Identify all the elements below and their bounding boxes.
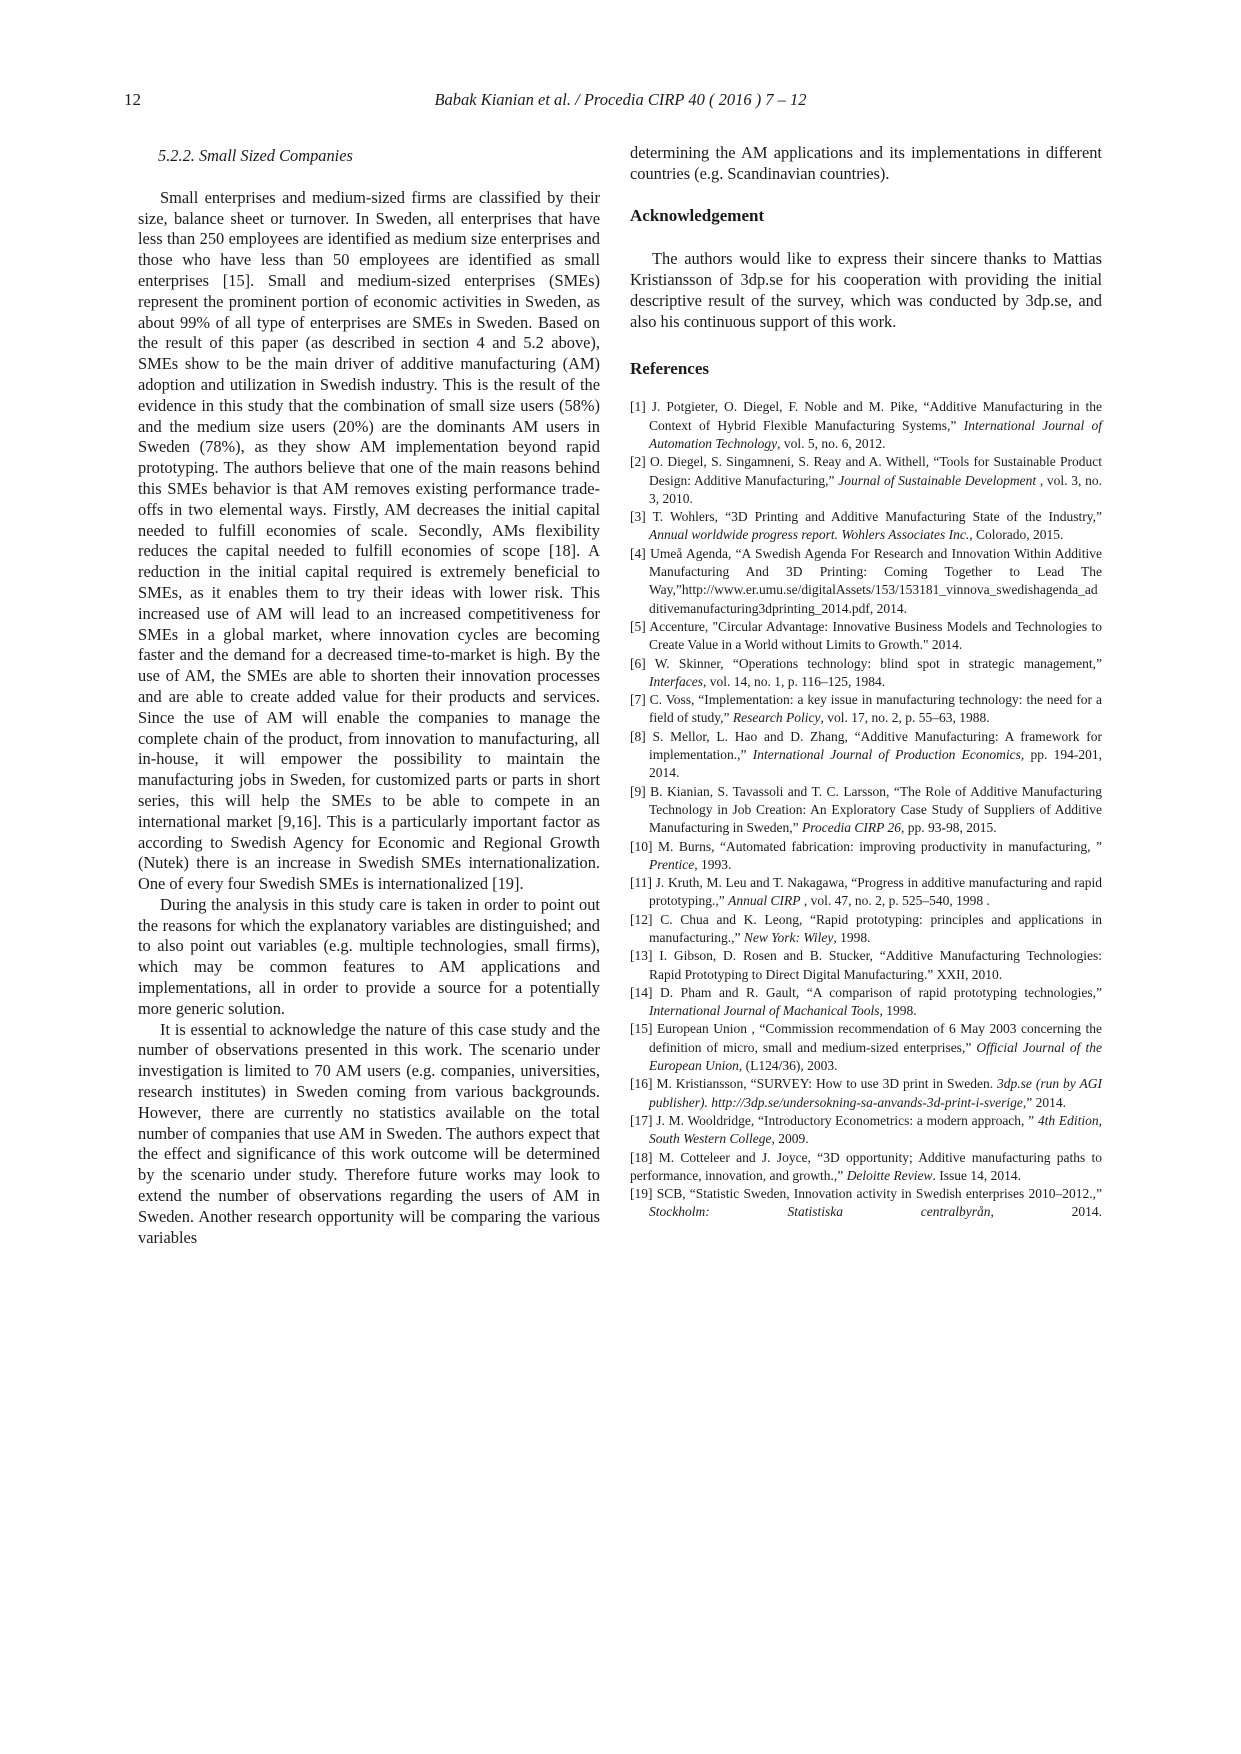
references-heading: References — [630, 359, 1102, 380]
reference-italic-text: Prentice — [649, 857, 694, 872]
reference-item: [1] J. Potgieter, O. Diegel, F. Noble an… — [630, 398, 1102, 453]
continuation-paragraph: determining the AM applications and its … — [630, 143, 1102, 185]
reference-item: [12] C. Chua and K. Leong, “Rapid protot… — [630, 911, 1102, 948]
reference-text: , 1993. — [694, 857, 731, 872]
left-column: 5.2.2. Small Sized Companies Small enter… — [138, 146, 600, 1248]
acknowledgement-text: The authors would like to express their … — [630, 249, 1102, 332]
reference-text: , (L124/36), 2003. — [739, 1058, 838, 1073]
reference-text: , vol. 17, no. 2, p. 55–63, 1988. — [820, 710, 989, 725]
reference-item: [7] C. Voss, “Implementation: a key issu… — [630, 691, 1102, 728]
reference-text: Umeå Agenda, “A Swedish Agenda For Resea… — [649, 546, 1102, 616]
reference-label: [16] — [630, 1076, 656, 1091]
reference-item: [16] M. Kristiansson, “SURVEY: How to us… — [630, 1075, 1102, 1112]
reference-item: [18] M. Cotteleer and J. Joyce, “3D oppo… — [630, 1149, 1102, 1186]
reference-item: [13] I. Gibson, D. Rosen and B. Stucker,… — [630, 947, 1102, 984]
reference-italic-text: International Journal of Machanical Tool… — [649, 1003, 880, 1018]
body-paragraph-2: During the analysis in this study care i… — [138, 895, 600, 1020]
right-column: determining the AM applications and its … — [630, 143, 1102, 1222]
reference-text: T. Wohlers, “3D Printing and Additive Ma… — [653, 509, 1102, 524]
reference-italic-text: Annual worldwide progress report. Wohler… — [649, 527, 973, 542]
reference-text: , 1998. — [880, 1003, 917, 1018]
reference-text: , vol. 47, no. 2, p. 525–540, 1998 . — [801, 893, 990, 908]
reference-label: [10] — [630, 839, 658, 854]
reference-label: [15] — [630, 1021, 657, 1036]
reference-text: Accenture, "Circular Advantage: Innovati… — [649, 619, 1102, 652]
reference-item: [2] O. Diegel, S. Singamneni, S. Reay an… — [630, 453, 1102, 508]
reference-text: I. Gibson, D. Rosen and B. Stucker, “Add… — [649, 948, 1102, 981]
reference-text: , 2014. — [991, 1204, 1103, 1219]
reference-label: [12] — [630, 912, 660, 927]
reference-text: , vol. 5, no. 6, 2012. — [777, 436, 885, 451]
reference-label: [5] — [630, 619, 649, 634]
reference-label: [14] — [630, 985, 660, 1000]
reference-label: [13] — [630, 948, 659, 963]
reference-text: M. Kristiansson, “SURVEY: How to use 3D … — [656, 1076, 997, 1091]
reference-label: [11] — [630, 875, 656, 890]
body-paragraph-3: It is essential to acknowledge the natur… — [138, 1020, 600, 1249]
reference-label: [8] — [630, 729, 652, 744]
reference-italic-text: Journal of Sustainable Development — [838, 473, 1036, 488]
reference-label: [2] — [630, 454, 650, 469]
reference-text: , pp. 93-98, 2015. — [901, 820, 997, 835]
reference-item: [15] European Union , “Commission recomm… — [630, 1020, 1102, 1075]
reference-item: [3] T. Wohlers, “3D Printing and Additiv… — [630, 508, 1102, 545]
section-heading: 5.2.2. Small Sized Companies — [138, 146, 600, 167]
reference-text: C. Chua and K. Leong, “Rapid prototyping… — [649, 912, 1102, 945]
reference-item: [17] J. M. Wooldridge, “Introductory Eco… — [630, 1112, 1102, 1149]
reference-item: [11] J. Kruth, M. Leu and T. Nakagawa, “… — [630, 874, 1102, 911]
reference-text: , 1998. — [833, 930, 870, 945]
reference-label: [18] — [630, 1150, 659, 1165]
reference-item: [6] W. Skinner, “Operations technology: … — [630, 655, 1102, 692]
acknowledgement-heading: Acknowledgement — [630, 206, 1102, 227]
reference-item: [10] M. Burns, “Automated fabrication: i… — [630, 838, 1102, 875]
reference-text: ,” 2014. — [1023, 1095, 1066, 1110]
reference-italic-text: Interfaces — [649, 674, 703, 689]
reference-italic-text: Research Policy — [733, 710, 821, 725]
reference-italic-text: Annual CIRP — [728, 893, 800, 908]
reference-label: [3] — [630, 509, 653, 524]
paper-page: 12 Babak Kianian et al. / Procedia CIRP … — [0, 0, 1241, 1754]
reference-label: [9] — [630, 784, 650, 799]
reference-item: [14] D. Pham and R. Gault, “A comparison… — [630, 984, 1102, 1021]
reference-italic-text: International Journal of Production Econ… — [753, 747, 1021, 762]
reference-item: [9] B. Kianian, S. Tavassoli and T. C. L… — [630, 783, 1102, 838]
reference-text: W. Skinner, “Operations technology: blin… — [655, 656, 1102, 671]
reference-text: , vol. 14, no. 1, p. 116–125, 1984. — [703, 674, 885, 689]
running-head: Babak Kianian et al. / Procedia CIRP 40 … — [0, 90, 1241, 110]
references-list: [1] J. Potgieter, O. Diegel, F. Noble an… — [630, 398, 1102, 1221]
reference-text: D. Pham and R. Gault, “A comparison of r… — [660, 985, 1102, 1000]
reference-italic-text: Procedia CIRP 26 — [802, 820, 901, 835]
reference-text: . Issue 14, 2014. — [933, 1168, 1022, 1183]
reference-text: , 2009. — [772, 1131, 809, 1146]
reference-italic-text: Stockholm: Statistiska centralbyrån — [649, 1204, 991, 1219]
reference-text: Colorado, 2015. — [973, 527, 1064, 542]
reference-label: [17] — [630, 1113, 656, 1128]
reference-italic-text: Deloitte Review — [847, 1168, 933, 1183]
body-paragraph-1: Small enterprises and medium-sized firms… — [138, 188, 600, 895]
reference-item: [8] S. Mellor, L. Hao and D. Zhang, “Add… — [630, 728, 1102, 783]
reference-text: J. M. Wooldridge, “Introductory Economet… — [656, 1113, 1038, 1128]
reference-text: SCB, “Statistic Sweden, Innovation activ… — [657, 1186, 1102, 1201]
reference-label: [4] — [630, 546, 650, 561]
reference-item: [4] Umeå Agenda, “A Swedish Agenda For R… — [630, 545, 1102, 618]
reference-text: M. Burns, “Automated fabrication: improv… — [658, 839, 1102, 854]
reference-italic-text: New York: Wiley — [744, 930, 834, 945]
reference-label: [19] — [630, 1186, 657, 1201]
reference-item: [5] Accenture, "Circular Advantage: Inno… — [630, 618, 1102, 655]
reference-label: [6] — [630, 656, 655, 671]
reference-label: [7] — [630, 692, 650, 707]
reference-label: [1] — [630, 399, 652, 414]
reference-item: [19] SCB, “Statistic Sweden, Innovation … — [630, 1185, 1102, 1222]
